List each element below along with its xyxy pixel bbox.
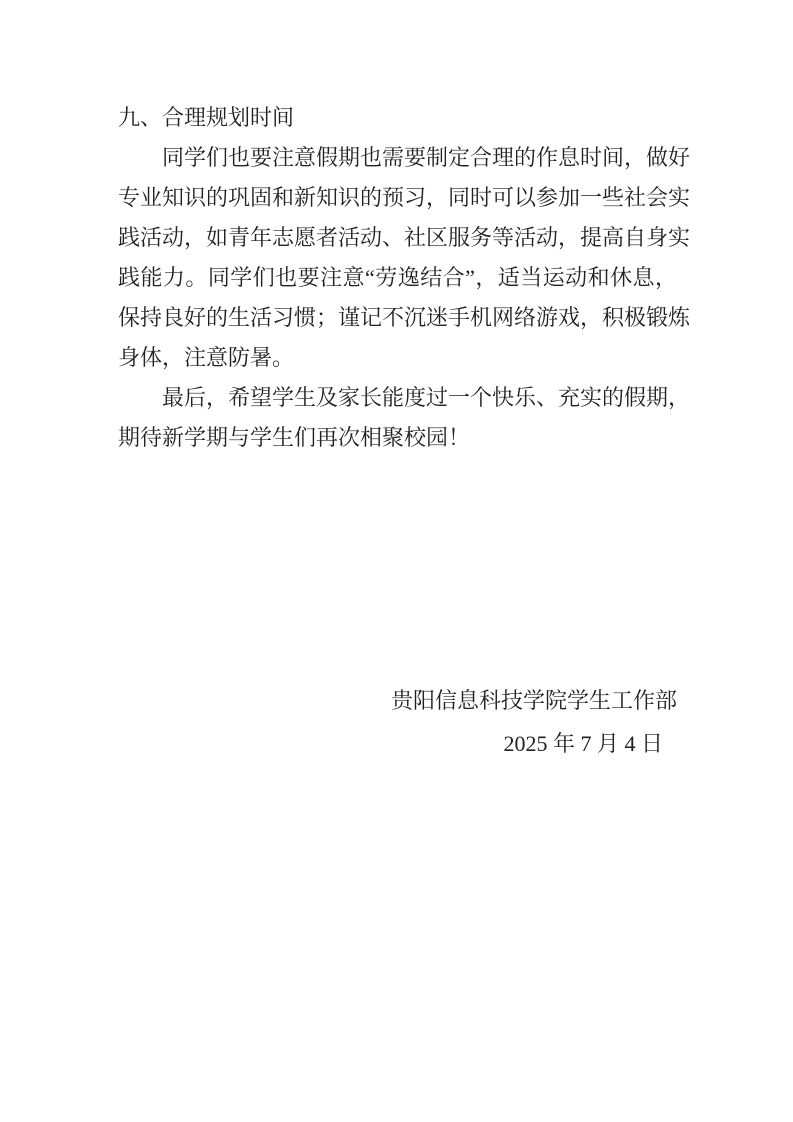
paragraph1-line: 践活动，如青年志愿者活动、社区服务等活动，提高自身实: [118, 218, 677, 258]
signature-department: 贵阳信息科技学院学生工作部: [118, 681, 677, 721]
document-body: 九、合理规划时间 同学们也要注意假期也需要制定合理的作息时间，做好 专业知识的巩…: [118, 98, 677, 458]
paragraph1-line: 身体，注意防暑。: [118, 338, 677, 378]
paragraph1-line: 保持良好的生活习惯；谨记不沉迷手机网络游戏，积极锻炼: [118, 298, 677, 338]
section-heading: 九、合理规划时间: [118, 98, 677, 138]
document-page: 九、合理规划时间 同学们也要注意假期也需要制定合理的作息时间，做好 专业知识的巩…: [0, 0, 793, 1122]
paragraph2-line: 最后，希望学生及家长能度过一个快乐、充实的假期，: [118, 378, 677, 418]
paragraph1-line: 同学们也要注意假期也需要制定合理的作息时间，做好: [118, 138, 677, 178]
paragraph1-line: 践能力。同学们也要注意“劳逸结合”，适当运动和休息，: [118, 258, 677, 298]
paragraph1-line: 专业知识的巩固和新知识的预习，同时可以参加一些社会实: [118, 178, 677, 218]
paragraph2-line: 期待新学期与学生们再次相聚校园！: [118, 418, 677, 458]
signature-date: 2025 年 7 月 4 日: [118, 724, 677, 764]
signature-block: 贵阳信息科技学院学生工作部: [118, 681, 677, 721]
